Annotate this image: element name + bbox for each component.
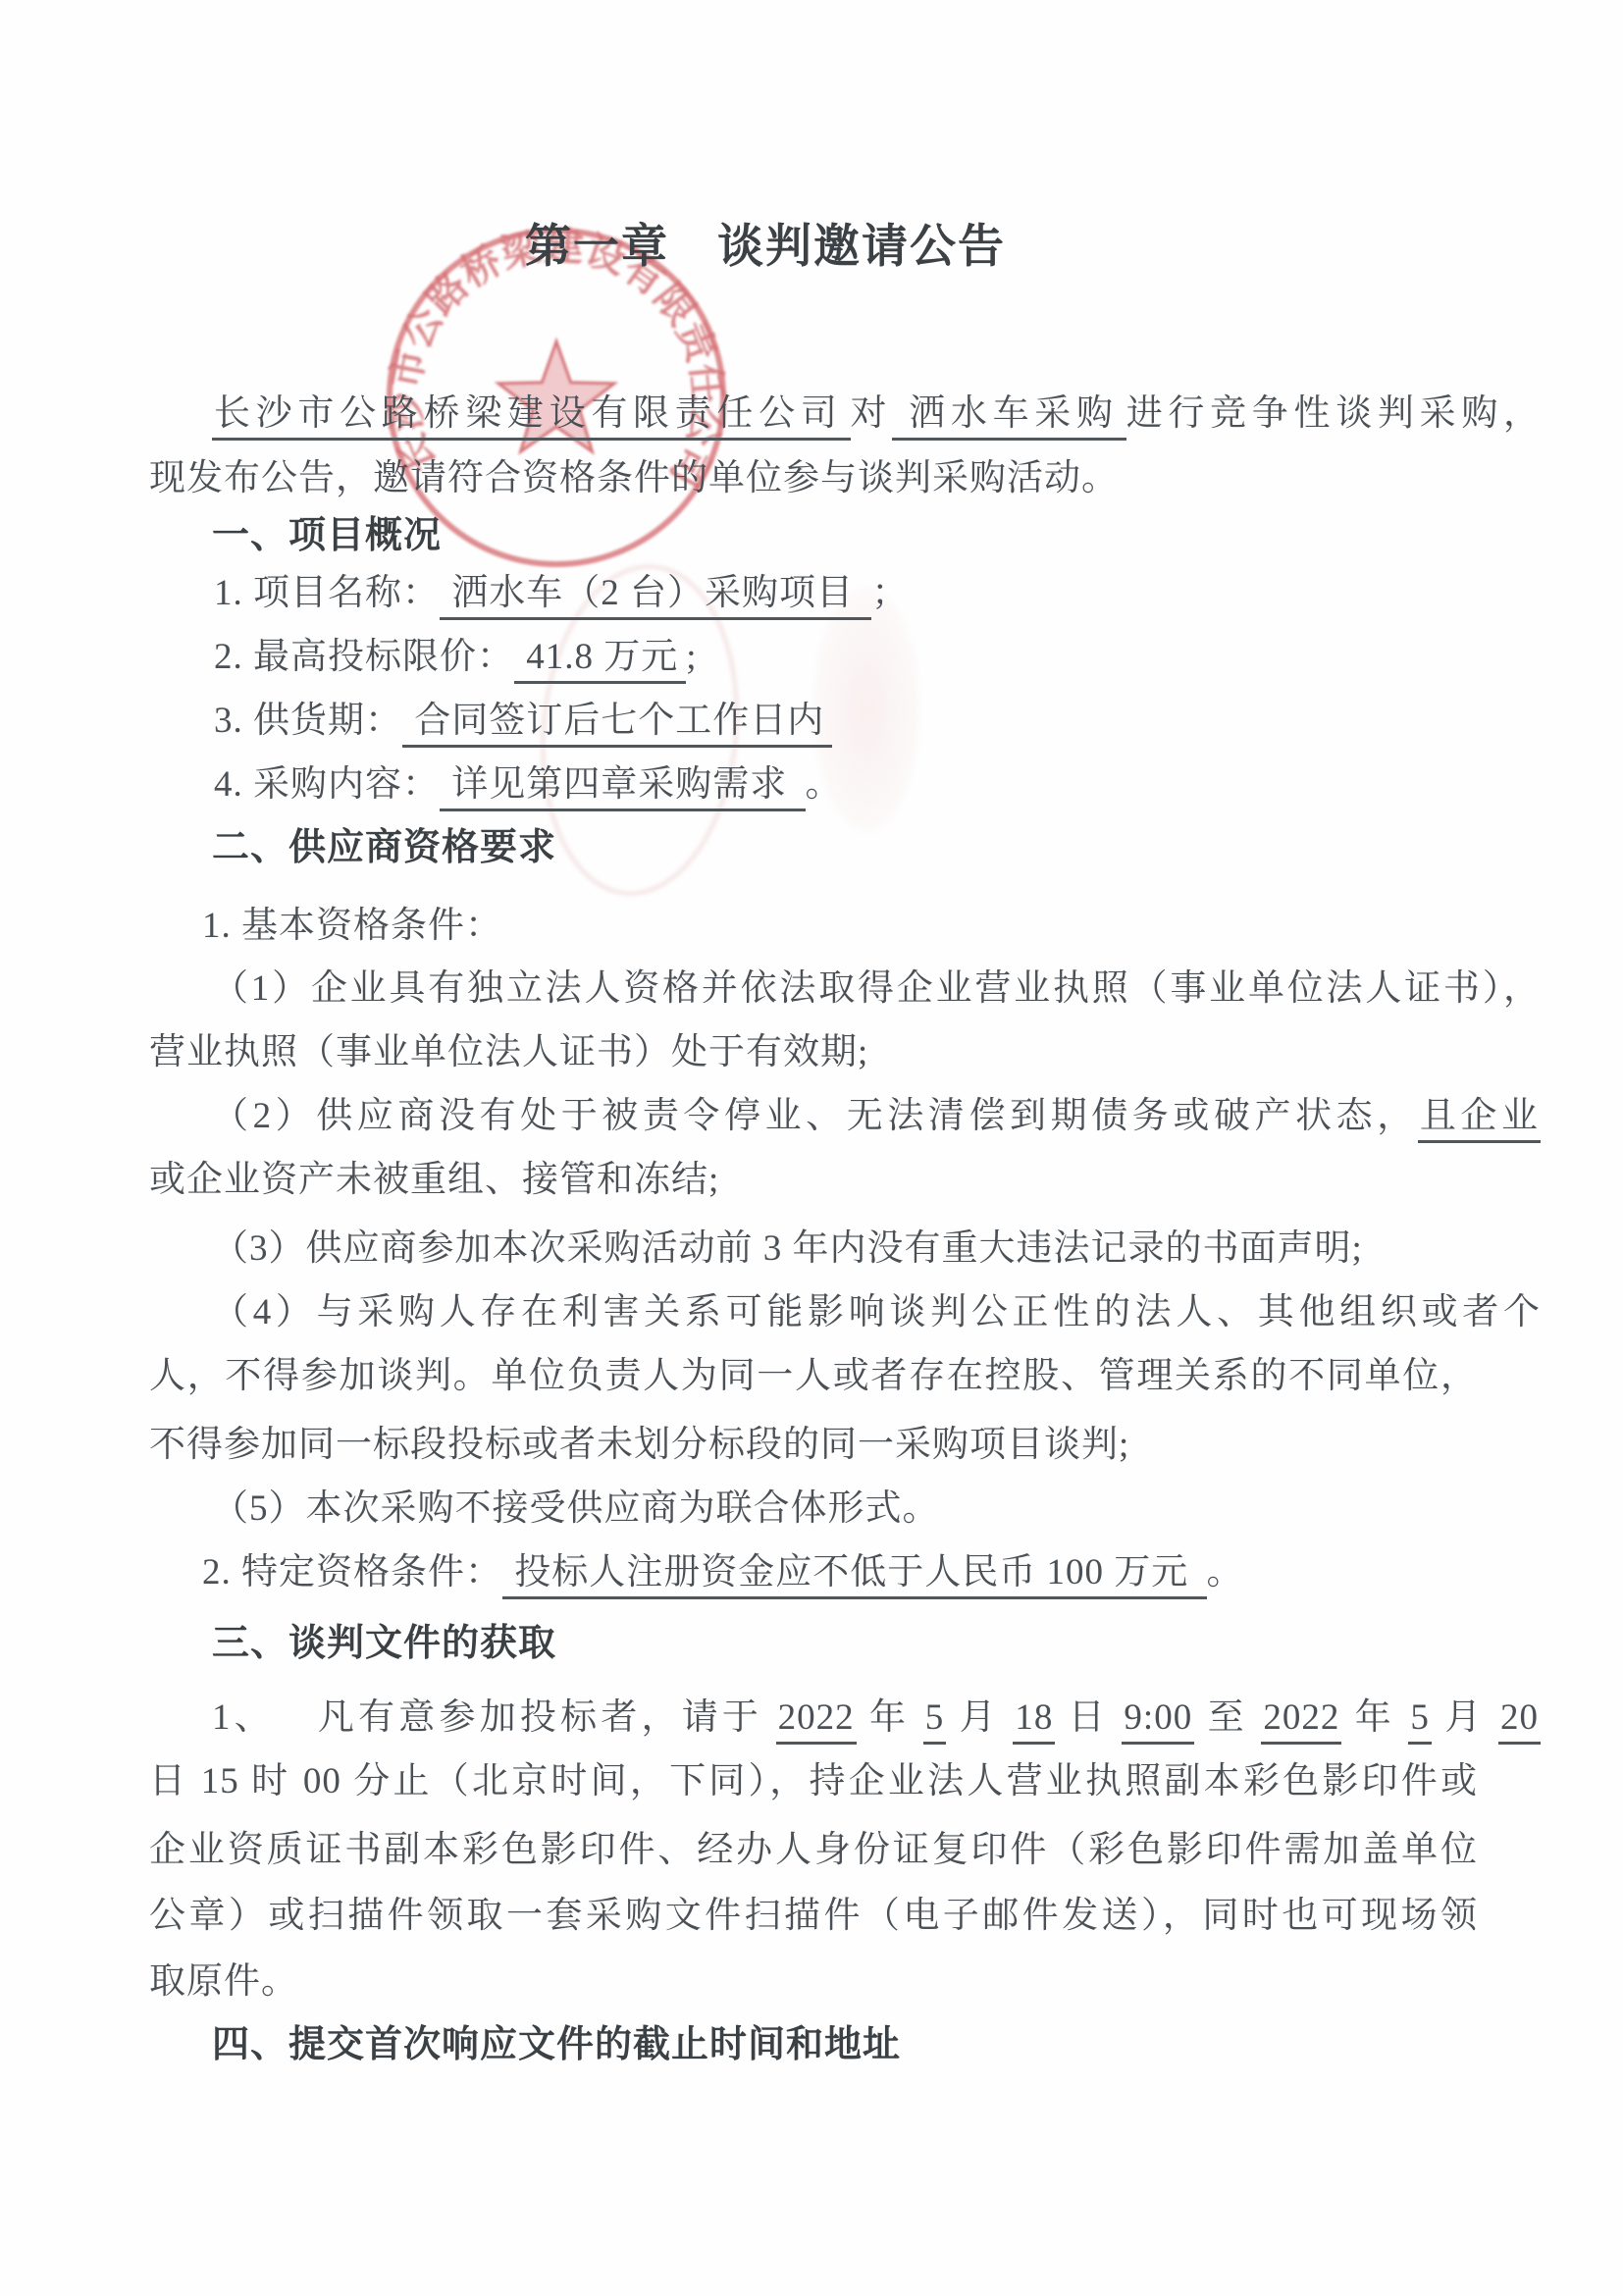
procurement-content-tail: 。 bbox=[806, 764, 843, 805]
collection-text-4: 日 bbox=[1055, 1697, 1122, 1738]
end-month-blank: 5 bbox=[1408, 1697, 1432, 1745]
max-bid-price-label: 2. 最高投标限价： bbox=[214, 637, 514, 677]
collection-text-5: 至 bbox=[1194, 1697, 1261, 1738]
procurement-content-label: 4. 采购内容： bbox=[214, 764, 440, 805]
section4-heading: 四、提交首次响应文件的截止时间和地址 bbox=[149, 2021, 1541, 2068]
clause-1-line-2: 营业执照（事业单位法人证书）处于有效期; bbox=[149, 1029, 1478, 1076]
delivery-period-value: 合同签订后七个工作日内 bbox=[402, 701, 832, 748]
document-collection-line-2: 日 15 时 00 分止（北京时间，下同），持企业法人营业执照副本彩色影印件或 bbox=[149, 1758, 1478, 1805]
section1-heading: 一、项目概况 bbox=[149, 512, 1541, 559]
start-month-blank: 5 bbox=[923, 1697, 947, 1745]
end-day-blank: 20 bbox=[1498, 1697, 1541, 1745]
purchaser-name-blank: 长沙市公路桥梁建设有限责任公司 bbox=[212, 393, 851, 441]
max-bid-price-value: 41.8 万元 bbox=[514, 637, 686, 684]
collection-text-2: 年 bbox=[857, 1697, 923, 1738]
section3-heading: 三、谈判文件的获取 bbox=[149, 1620, 1541, 1667]
intro-text-1: 对 bbox=[851, 393, 893, 434]
start-day-blank: 18 bbox=[1013, 1697, 1055, 1745]
project-name-tail: ； bbox=[871, 573, 909, 613]
collection-text-7: 月 bbox=[1432, 1697, 1498, 1738]
start-time-blank: 9:00 bbox=[1122, 1697, 1194, 1745]
document-collection-line-3: 企业资质证书副本彩色影印件、经办人身份证复印件（彩色影印件需加盖单位 bbox=[149, 1827, 1478, 1874]
clause-4-line-2: 人，不得参加谈判。单位负责人为同一人或者存在控股、管理关系的不同单位， bbox=[149, 1353, 1478, 1400]
intro-line-2: 现发布公告，邀请符合资格条件的单位参与谈判采购活动。 bbox=[149, 455, 1478, 502]
clause-2-line-2: 或企业资产未被重组、接管和冻结; bbox=[149, 1157, 1478, 1204]
specific-qualification-tail: 。 bbox=[1207, 1552, 1244, 1592]
procurement-content-value: 详见第四章采购需求 bbox=[440, 764, 806, 811]
specific-qualification-value: 投标人注册资金应不低于人民币 100 万元 bbox=[502, 1552, 1207, 1599]
project-name-row: 1. 项目名称： 洒水车（2 台）采购项目 ； bbox=[149, 570, 1543, 617]
intro-line-1: 长沙市公路桥梁建设有限责任公司对 洒水车采购进行竞争性谈判采购， bbox=[149, 391, 1541, 438]
item-number: 1、 bbox=[212, 1697, 275, 1738]
document-collection-line-1: 1、凡有意参加投标者，请于 2022 年 5 月 18 日 9:00 至 202… bbox=[149, 1695, 1541, 1742]
collection-text-1: 凡有意参加投标者，请于 bbox=[318, 1697, 776, 1738]
clause-4-line-3: 不得参加同一标段投标或者未划分标段的同一采购项目谈判; bbox=[149, 1422, 1478, 1469]
collection-text-3: 月 bbox=[946, 1697, 1013, 1738]
max-bid-price-row: 2. 最高投标限价： 41.8 万元; bbox=[149, 634, 1543, 681]
clause-4-line-1: （4）与采购人存在利害关系可能影响谈判公正性的法人、其他组织或者个 bbox=[149, 1289, 1541, 1336]
procurement-content-row: 4. 采购内容： 详见第四章采购需求 。 bbox=[149, 761, 1543, 809]
delivery-period-label: 3. 供货期： bbox=[214, 701, 402, 741]
clause-3: （3）供应商参加本次采购活动前 3 年内没有重大违法记录的书面声明; bbox=[149, 1226, 1541, 1273]
start-year-blank: 2022 bbox=[776, 1697, 857, 1745]
max-bid-price-tail: ; bbox=[686, 637, 697, 677]
basic-qualification-label: 1. 基本资格条件： bbox=[149, 903, 1531, 950]
intro-text-2: 进行竞争性谈判采购， bbox=[1126, 393, 1541, 434]
specific-qualification-label: 2. 特定资格条件： bbox=[202, 1552, 502, 1592]
project-name-blank: 洒水车采购 bbox=[892, 393, 1126, 441]
scanned-document-page: 长沙市公路桥梁建设有限责任公司 第一章 谈判邀请公告 长沙市公路桥梁建设有限责任… bbox=[0, 0, 1623, 2296]
section2-heading: 二、供应商资格要求 bbox=[149, 824, 1541, 871]
document-collection-line-4: 公章）或扫描件领取一套采购文件扫描件（电子邮件发送），同时也可现场领 bbox=[149, 1893, 1478, 1940]
clause-1-line-1: （1）企业具有独立法人资格并依法取得企业营业执照（事业单位法人证书）， bbox=[149, 965, 1541, 1013]
end-year-blank: 2022 bbox=[1261, 1697, 1341, 1745]
project-name-label: 1. 项目名称： bbox=[214, 573, 440, 613]
clause-2-underlined: 且企业 bbox=[1418, 1096, 1541, 1143]
project-name-value: 洒水车（2 台）采购项目 bbox=[440, 573, 871, 620]
clause-2-text: （2）供应商没有处于被责令停业、无法清偿到期债务或破产状态， bbox=[212, 1096, 1418, 1136]
page-title: 第一章 谈判邀请公告 bbox=[0, 210, 1531, 276]
delivery-period-row: 3. 供货期： 合同签订后七个工作日内 bbox=[149, 698, 1543, 745]
specific-qualification-row: 2. 特定资格条件： 投标人注册资金应不低于人民币 100 万元 。 bbox=[149, 1549, 1531, 1596]
clause-5: （5）本次采购不接受供应商为联合体形式。 bbox=[149, 1486, 1541, 1533]
collection-text-6: 年 bbox=[1341, 1697, 1408, 1738]
clause-2-line-1: （2）供应商没有处于被责令停业、无法清偿到期债务或破产状态，且企业 bbox=[149, 1093, 1541, 1140]
document-collection-line-5: 取原件。 bbox=[149, 1958, 1478, 2006]
